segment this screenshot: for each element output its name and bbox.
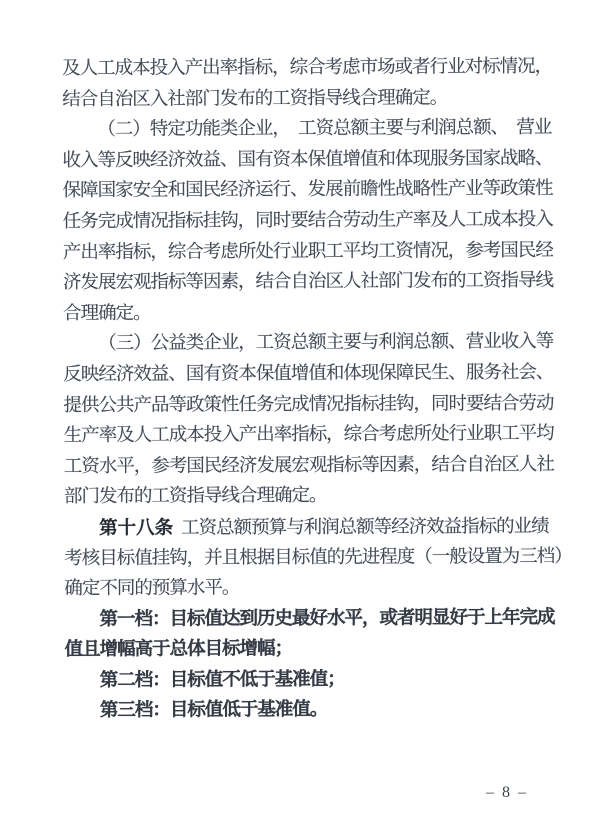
text-line: 工资水平，参考国民经济发展宏观指标等因素，结合自治区人社 xyxy=(64,450,560,483)
line-text: 任务完成情况指标挂钩，同时要结合劳动生产率及人工成本投入 xyxy=(63,210,553,232)
line-text: 值且增幅高于总体目标增幅； xyxy=(65,639,293,660)
text-line: 反映经济效益、国有资本保值增值和体现保障民生、服务社会、 xyxy=(63,358,559,391)
text-line: 结合自治区入社部门发布的工资指导线合理确定。 xyxy=(62,82,558,115)
line-text: （二）特定功能类企业， 工资总额主要与利润总额、 营业 xyxy=(97,118,551,140)
text-line: 值且增幅高于总体目标增幅； xyxy=(65,633,561,666)
line-text: 工资总额预算与利润总额等经济效益指标的业绩 xyxy=(181,517,549,539)
line-text: 济发展宏观指标等因素，结合自治区人社部门发布的工资指导线 xyxy=(63,271,553,293)
line-text: 部门发布的工资指导线合理确定。 xyxy=(64,486,327,507)
document-text-block: 及人工成本投入产出率指标，综合考虑市场或者行业对标情况， 结合自治区入社部门发布… xyxy=(62,52,561,727)
line-text: 生产率及人工成本投入产出率指标，综合考虑所处行业职工平均 xyxy=(64,424,554,446)
text-line: 及人工成本投入产出率指标，综合考虑市场或者行业对标情况， xyxy=(62,52,558,85)
line-text: 工资水平，参考国民经济发展宏观指标等因素，结合自治区人社 xyxy=(64,455,554,477)
text-line: 合理确定。 xyxy=(63,297,559,330)
line-text: 第三档：目标值低于基准值。 xyxy=(100,700,328,721)
text-line: 提供公共产品等政策性任务完成情况指标挂钩，同时要结合劳动 xyxy=(63,388,559,421)
text-line: 保障国家安全和国民经济运行、发展前瞻性战略性产业等政策性 xyxy=(63,174,559,207)
text-line: 生产率及人工成本投入产出率指标，综合考虑所处行业职工平均 xyxy=(64,419,560,452)
page-number: – 8 – xyxy=(486,784,528,802)
text-line: 部门发布的工资指导线合理确定。 xyxy=(64,480,560,513)
line-text: 保障国家安全和国民经济运行、发展前瞻性战略性产业等政策性 xyxy=(63,179,553,201)
line-text: 及人工成本投入产出率指标，综合考虑市场或者行业对标情况， xyxy=(62,57,552,79)
line-text: 合理确定。 xyxy=(63,303,151,323)
text-line: 第二档：目标值不低于基准值； xyxy=(65,664,561,697)
document-page: 及人工成本投入产出率指标，综合考虑市场或者行业对标情况， 结合自治区入社部门发布… xyxy=(0,0,611,824)
text-line: 第十八条工资总额预算与利润总额等经济效益指标的业绩 xyxy=(64,511,560,544)
line-text: 第二档：目标值不低于基准值； xyxy=(100,670,345,691)
line-text: 第一档：目标值达到历史最好水平，或者明显好于上年完成 xyxy=(99,608,554,630)
text-line: （二）特定功能类企业， 工资总额主要与利润总额、 营业 xyxy=(62,113,558,146)
article-number-bold: 第十八条 xyxy=(99,516,173,537)
line-text: （三）公益类企业，工资总额主要与利润总额、营业收入等 xyxy=(98,332,553,354)
line-text: 结合自治区入社部门发布的工资指导线合理确定。 xyxy=(62,88,447,110)
text-line: 考核目标值挂钩，并且根据目标值的先进程度（一般设置为三档） xyxy=(64,541,560,574)
text-line: 收入等反映经济效益、国有资本保值增值和体现服务国家战略、 xyxy=(62,144,558,177)
text-line: 第三档：目标值低于基准值。 xyxy=(65,694,561,727)
text-line: 济发展宏观指标等因素，结合自治区人社部门发布的工资指导线 xyxy=(63,266,559,299)
text-line: 确定不同的预算水平。 xyxy=(64,572,560,605)
line-text: 确定不同的预算水平。 xyxy=(64,578,239,599)
line-text: 提供公共产品等政策性任务完成情况指标挂钩，同时要结合劳动 xyxy=(63,393,553,415)
text-line: 任务完成情况指标挂钩，同时要结合劳动生产率及人工成本投入 xyxy=(63,205,559,238)
text-line: 产出率指标，综合考虑所处行业职工平均工资情况，参考国民经 xyxy=(63,235,559,268)
text-line: （三）公益类企业，工资总额主要与利润总额、营业收入等 xyxy=(63,327,559,360)
text-line: 第一档：目标值达到历史最好水平，或者明显好于上年完成 xyxy=(64,603,560,636)
line-text: 反映经济效益、国有资本保值增值和体现保障民生、服务社会、 xyxy=(63,363,553,385)
line-text: 产出率指标，综合考虑所处行业职工平均工资情况，参考国民经 xyxy=(63,240,553,262)
line-text: 考核目标值挂钩，并且根据目标值的先进程度（一般设置为三档） xyxy=(64,546,572,568)
line-text: 收入等反映经济效益、国有资本保值增值和体现服务国家战略、 xyxy=(62,149,552,171)
